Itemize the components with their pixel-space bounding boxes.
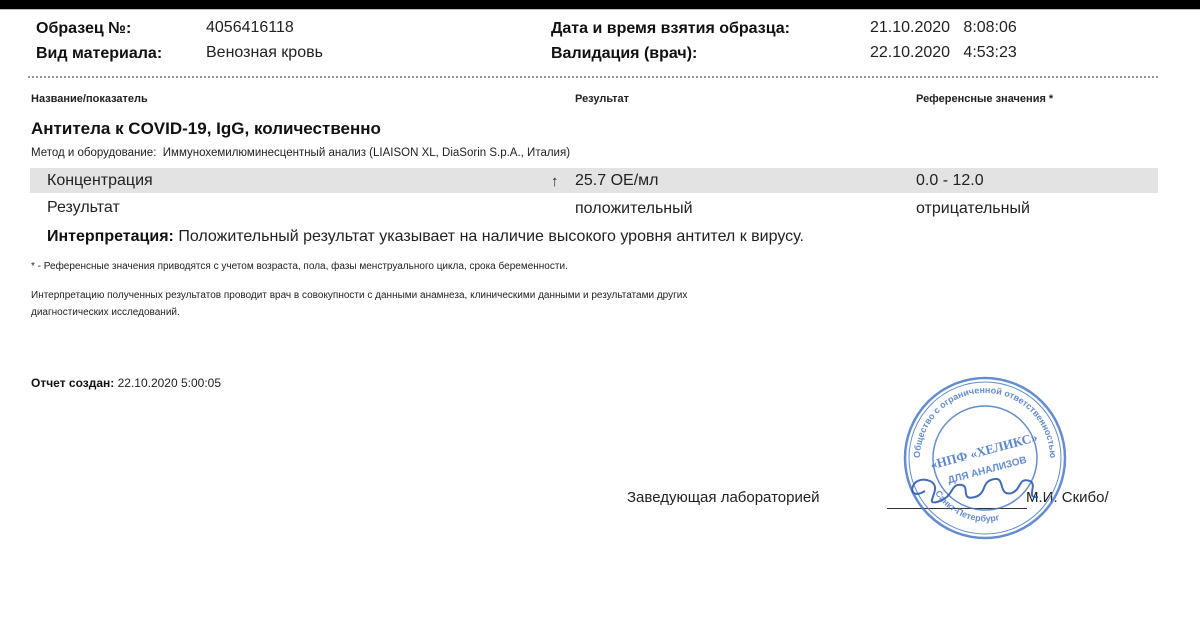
reference-footnote: * - Референсные значения приводятся с уч… bbox=[31, 261, 568, 272]
sample-number-value: 4056416118 bbox=[206, 19, 294, 37]
validation-label: Валидация (врач): bbox=[551, 45, 697, 63]
disclaimer-line-2: диагностических исследований. bbox=[31, 307, 180, 318]
interpretation-label: Интерпретация: bbox=[47, 228, 174, 245]
test-title: Антитела к COVID-19, IgG, количественно bbox=[31, 119, 381, 139]
validation-value: 22.10.2020 4:53:23 bbox=[870, 44, 1017, 62]
lab-stamp-icon: Общество с ограниченной ответственностью… bbox=[900, 373, 1070, 543]
collection-datetime-value: 21.10.2020 8:08:06 bbox=[870, 19, 1017, 37]
row-result-value: положительный bbox=[575, 200, 693, 218]
row-concentration-reference: 0.0 - 12.0 bbox=[916, 172, 984, 190]
report-created: Отчет создан: 22.10.2020 5:00:05 bbox=[31, 376, 221, 390]
dotted-separator bbox=[28, 76, 1158, 78]
material-value: Венозная кровь bbox=[206, 44, 323, 62]
interpretation: Интерпретация: Положительный результат у… bbox=[47, 228, 804, 246]
collection-datetime-label: Дата и время взятия образца: bbox=[551, 20, 790, 38]
row-concentration-result: 25.7 ОЕ/мл bbox=[575, 172, 658, 190]
column-header-reference: Референсные значения * bbox=[916, 93, 1053, 105]
lab-head-role: Заведующая лабораторией bbox=[627, 489, 820, 506]
window-top-bar bbox=[0, 0, 1200, 9]
disclaimer-line-1: Интерпретацию полученных результатов про… bbox=[31, 290, 687, 301]
report-created-label: Отчет создан: bbox=[31, 376, 114, 390]
column-header-result: Результат bbox=[575, 93, 629, 105]
report-created-value: 22.10.2020 5:00:05 bbox=[118, 376, 221, 390]
handwritten-signature-icon bbox=[912, 479, 1038, 503]
row-result-name: Результат bbox=[47, 199, 120, 217]
method-line: Метод и оборудование: Иммунохемилюминесц… bbox=[31, 147, 570, 159]
method-value: Иммунохемилюминесцентный анализ (LIAISON… bbox=[163, 147, 570, 159]
row-concentration-name: Концентрация bbox=[47, 172, 153, 190]
method-label: Метод и оборудование: bbox=[31, 147, 156, 159]
top-divider bbox=[0, 9, 1200, 10]
sample-number-label: Образец №: bbox=[36, 20, 131, 38]
interpretation-text: Положительный результат указывает на нал… bbox=[178, 228, 804, 245]
column-header-name: Название/показатель bbox=[31, 93, 148, 105]
high-flag-arrow-icon: ↑ bbox=[551, 173, 559, 190]
material-label: Вид материала: bbox=[36, 45, 162, 63]
row-result-reference: отрицательный bbox=[916, 200, 1030, 218]
